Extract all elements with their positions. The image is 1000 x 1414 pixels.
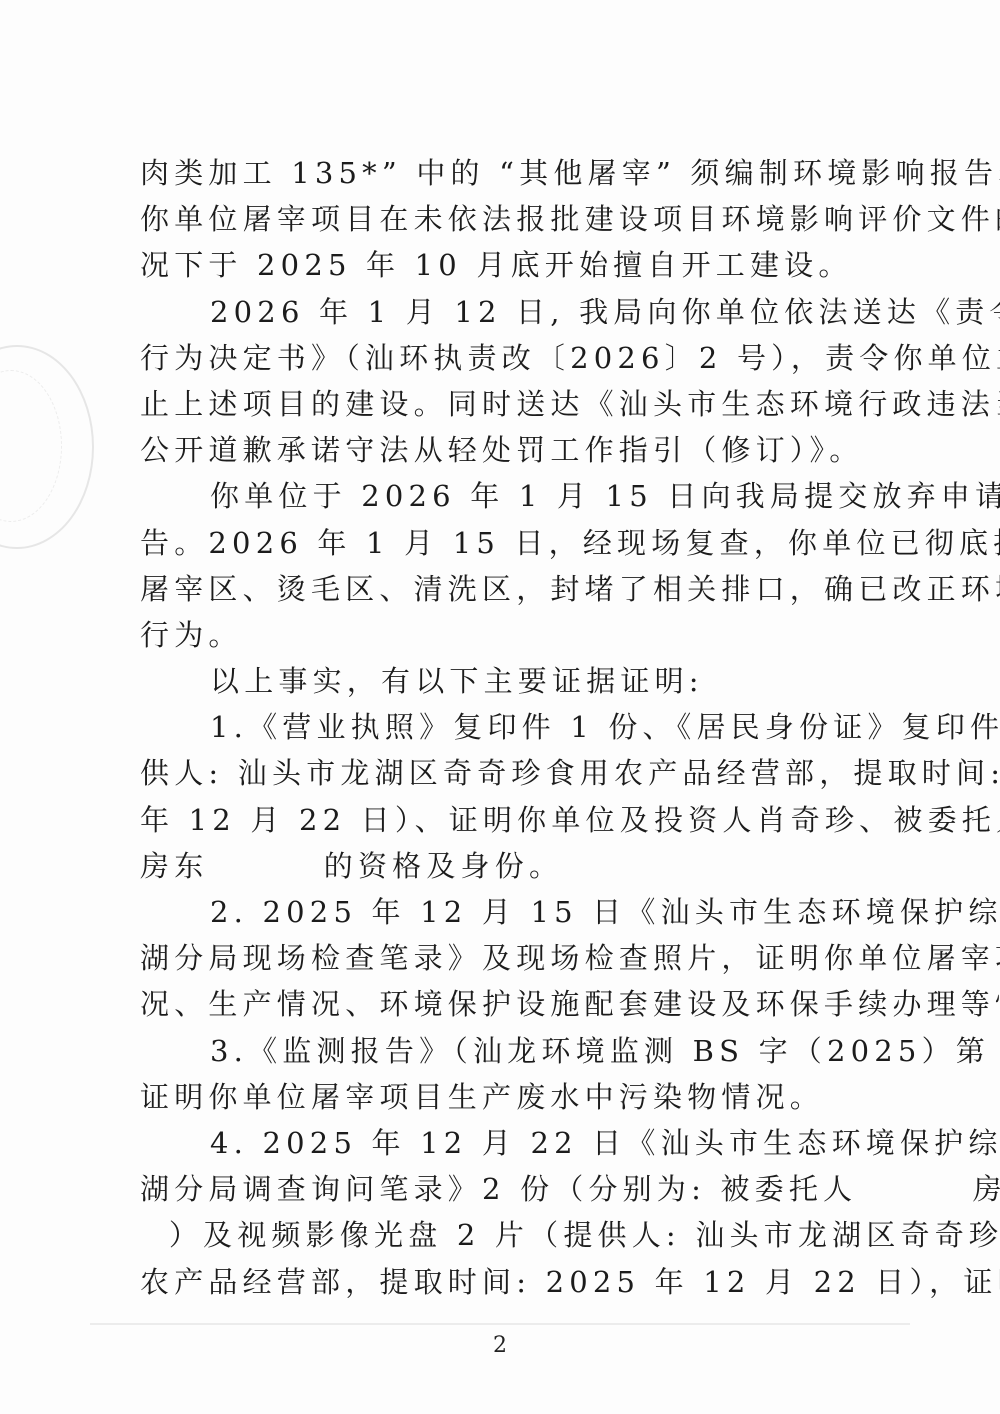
document-page: 肉类加工 135*” 中的 “其他屠宰” 须编制环境影响报告表，但你单位屠宰项目… (0, 0, 1000, 1414)
text-line: 你单位于 2026 年 1 月 15 日向我局提交放弃申请公开道歉报 (140, 473, 885, 519)
page-number: 2 (0, 1333, 1000, 1358)
text-line: 农产品经营部，提取时间: 2025 年 12 月 22 日），证明你单位 (140, 1259, 885, 1305)
text-line: 屠宰区、烫毛区、清洗区，封堵了相关排口，确已改正环境违法 (140, 566, 885, 612)
text-line: 2. 2025 年 12 月 15 日《汕头市生态环境保护综合执法局龙 (140, 889, 885, 935)
text-line: 证明你单位屠宰项目生产废水中污染物情况。 (140, 1074, 885, 1120)
text-line: 告。2026 年 1 月 15 日，经现场复查，你单位已彻底拆除清理了 (140, 520, 885, 566)
text-line: 房东 的资格及身份。 (140, 843, 885, 889)
text-line: 况下于 2025 年 10 月底开始擅自开工建设。 (140, 242, 885, 288)
text-line: 以上事实，有以下主要证据证明: (140, 658, 885, 704)
text-line: 况、生产情况、环境保护设施配套建设及环保手续办理等情况。 (140, 981, 885, 1027)
text-line: 你单位屠宰项目在未依法报批建设项目环境影响评价文件的情 (140, 196, 885, 242)
text-line: 供人: 汕头市龙湖区奇奇珍食用农产品经营部，提取时间: 2025 (140, 750, 885, 796)
text-line: 湖分局现场检查笔录》及现场检查照片，证明你单位屠宰项目概 (140, 935, 885, 981)
text-line: 湖分局调查询问笔录》2 份（分别为: 被委托人 房东 (140, 1166, 885, 1212)
text-line: 肉类加工 135*” 中的 “其他屠宰” 须编制环境影响报告表，但 (140, 150, 885, 196)
text-line: ）及视频影像光盘 2 片（提供人: 汕头市龙湖区奇奇珍食用 (140, 1212, 885, 1258)
text-line: 1.《营业执照》复印件 1 份、《居民身份证》复印件 3 份（提 (140, 704, 885, 750)
text-line: 年 12 月 22 日）、证明你单位及投资人肖奇珍、被委托人 (140, 797, 885, 843)
scan-artifact-line (90, 1323, 910, 1325)
text-line: 2026 年 1 月 12 日, 我局向你单位依法送达《责令改正违法 (140, 289, 885, 335)
text-line: 止上述项目的建设。同时送达《汕头市生态环境行政违法当事人 (140, 381, 885, 427)
text-line: 行为决定书》（汕环执责改〔2026〕2 号），责令你单位立即停 (140, 335, 885, 381)
text-line: 公开道歉承诺守法从轻处罚工作指引（修订）》。 (140, 427, 885, 473)
text-line: 3.《监测报告》（汕龙环境监测 BS 字（2025）第 058 号） (140, 1028, 885, 1074)
text-line: 4. 2025 年 12 月 22 日《汕头市生态环境保护综合执法局龙 (140, 1120, 885, 1166)
text-line: 行为。 (140, 612, 885, 658)
document-body: 肉类加工 135*” 中的 “其他屠宰” 须编制环境影响报告表，但你单位屠宰项目… (140, 150, 885, 1305)
